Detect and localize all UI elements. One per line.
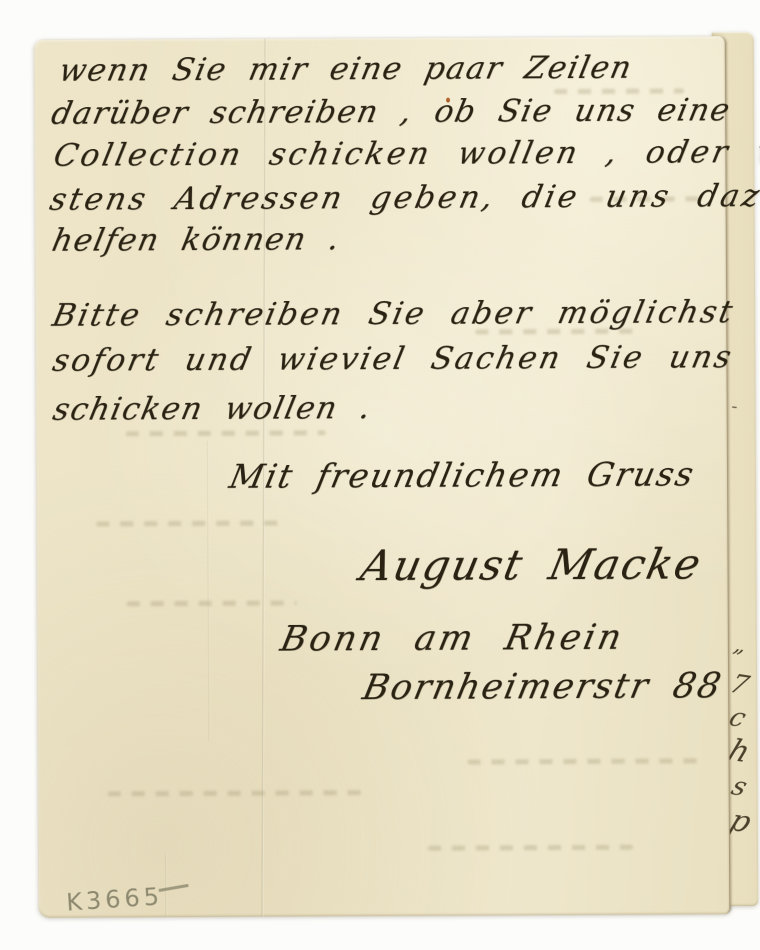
- bleedthrough-mark: [96, 521, 281, 527]
- crease-line: [207, 441, 211, 741]
- address-line-2: Bornheimerstr 88: [359, 666, 726, 708]
- signature: August Macke: [357, 539, 707, 590]
- catalog-number-note: K3665: [65, 882, 163, 916]
- letter-line: helfen können .: [49, 221, 344, 259]
- bleedthrough-mark: [467, 758, 702, 764]
- address-line-1: Bonn am Rhein: [277, 618, 628, 660]
- ink-fragment: 7: [726, 670, 753, 701]
- letter-scan: - „ 7 c h s p wenn Sie mir eine paar Zei…: [0, 0, 760, 950]
- letter-line: Bitte schreiben Sie aber möglichst: [49, 294, 738, 334]
- ink-fragment: „: [730, 633, 750, 659]
- letter-line: Collection schicken wollen , oder wenig-: [50, 133, 760, 173]
- paper-sheet: wenn Sie mir eine paar Zeilen darüber sc…: [34, 36, 731, 918]
- ink-fragment: s: [727, 772, 751, 803]
- bleedthrough-mark: [428, 845, 633, 851]
- crease-line: [165, 854, 167, 917]
- letter-line: wenn Sie mir eine paar Zeilen: [56, 50, 636, 89]
- bleedthrough-mark: [127, 600, 297, 606]
- letter-line: stens Adressen geben, die uns dazu ver-: [47, 177, 760, 217]
- ink-fragment: -: [728, 396, 742, 417]
- bleedthrough-mark: [126, 430, 326, 436]
- bleedthrough-mark: [108, 790, 368, 796]
- letter-line: sofort und wieviel Sachen Sie uns: [49, 339, 736, 379]
- letter-line: schicken wollen .: [50, 390, 375, 428]
- scan-background: - „ 7 c h s p wenn Sie mir eine paar Zei…: [0, 0, 760, 950]
- letter-line: darüber schreiben , ob Sie uns eine: [48, 92, 734, 132]
- closing-line: Mit freundlichem Gruss: [226, 454, 699, 495]
